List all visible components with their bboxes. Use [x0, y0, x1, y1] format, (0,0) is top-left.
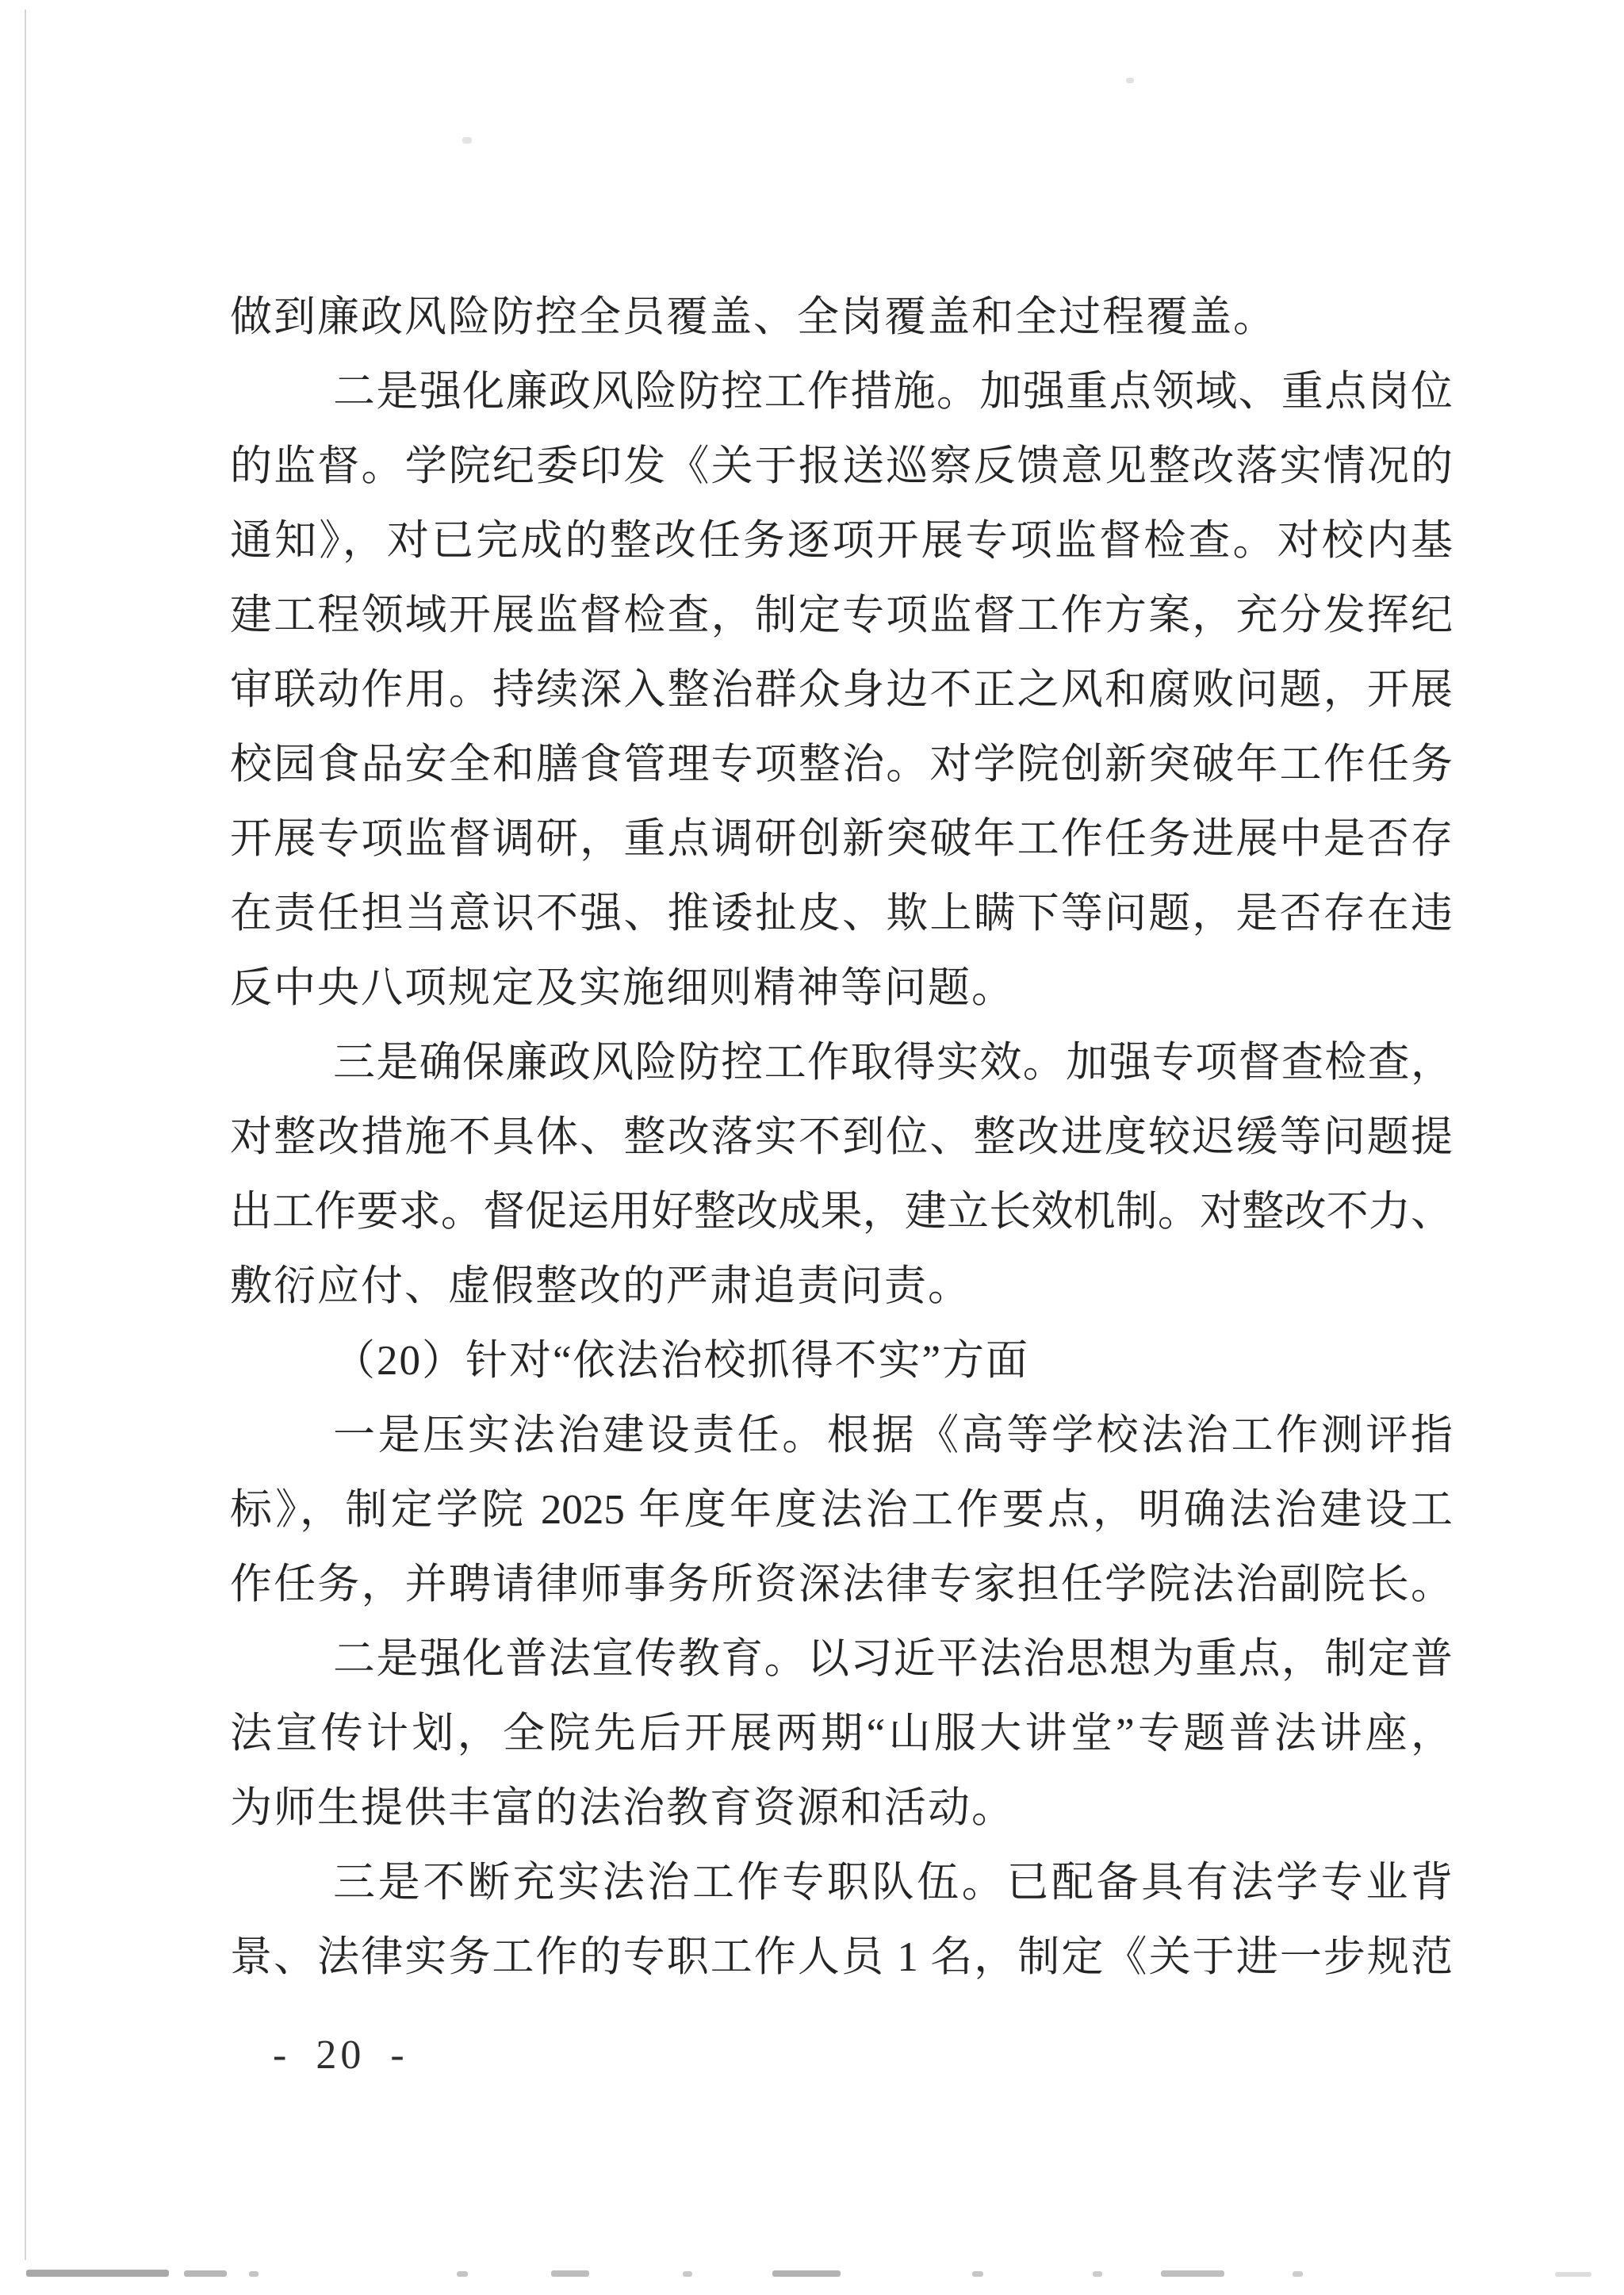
scan-speck — [1126, 78, 1134, 83]
scan-speck — [462, 137, 472, 144]
document-body: 做到廉政风险防控全员覆盖、全岗覆盖和全过程覆盖。二是强化廉政风险防控工作措施。加… — [230, 280, 1453, 1994]
text-line: 反中央八项规定及实施细则精神等问题。 — [230, 951, 1453, 1025]
text-line: 景、法律实务工作的专职工作人员 1 名，制定《关于进一步规范 — [230, 1920, 1453, 1994]
text-line: （20）针对“依法治校抓得不实”方面 — [230, 1324, 1453, 1398]
text-line: 审联动作用。持续深入整治群众身边不正之风和腐败问题，开展 — [230, 653, 1453, 727]
text-line: 三是不断充实法治工作专职队伍。已配备具有法学专业背 — [230, 1845, 1453, 1920]
scan-smudge — [457, 2271, 468, 2277]
text-line: 通知》，对已完成的整改任务逐项开展专项监督检查。对校内基 — [230, 504, 1453, 578]
scan-smudge — [772, 2270, 841, 2277]
text-line: 在责任担当意识不强、推诿扯皮、欺上瞒下等问题，是否存在违 — [230, 876, 1453, 951]
text-line: 三是确保廉政风险防控工作取得实效。加强专项督查检查， — [230, 1025, 1453, 1100]
text-line: 二是强化廉政风险防控工作措施。加强重点领域、重点岗位 — [230, 354, 1453, 429]
scan-smudge — [683, 2271, 692, 2277]
scan-smudge — [551, 2270, 589, 2277]
scan-smudge — [249, 2271, 259, 2277]
text-line: 敷衍应付、虚假整改的严肃追责问责。 — [230, 1249, 1453, 1324]
page-number: - 20 - — [273, 2032, 408, 2079]
text-line: 开展专项监督调研，重点调研创新突破年工作任务进展中是否存 — [230, 802, 1453, 876]
scan-smudge — [1093, 2271, 1102, 2277]
scan-smudge — [972, 2271, 983, 2277]
text-line: 校园食品安全和膳食管理专项整治。对学院创新突破年工作任务 — [230, 727, 1453, 802]
text-line: 做到廉政风险防控全员覆盖、全岗覆盖和全过程覆盖。 — [230, 280, 1453, 354]
text-line: 的监督。学院纪委印发《关于报送巡察反馈意见整改落实情况的 — [230, 429, 1453, 504]
scan-smudge — [1161, 2270, 1224, 2277]
text-line: 为师生提供丰富的法治教育资源和活动。 — [230, 1771, 1453, 1845]
scan-edge-line — [25, 10, 26, 2260]
text-line: 建工程领域开展监督检查，制定专项监督工作方案，充分发挥纪 — [230, 578, 1453, 653]
text-line: 出工作要求。督促运用好整改成果，建立长效机制。对整改不力、 — [230, 1174, 1453, 1249]
text-line: 作任务，并聘请律师事务所资深法律专家担任学院法治副院长。 — [230, 1547, 1453, 1622]
scan-smudge — [184, 2270, 227, 2277]
document-page: 做到廉政风险防控全员覆盖、全岗覆盖和全过程覆盖。二是强化廉政风险防控工作措施。加… — [0, 0, 1624, 2295]
scan-smudge — [26, 2270, 169, 2277]
text-line: 法宣传计划，全院先后开展两期“山服大讲堂”专题普法讲座， — [230, 1696, 1453, 1771]
scan-smudge — [1293, 2271, 1303, 2277]
scan-smudge — [1555, 2272, 1591, 2277]
text-line: 对整改措施不具体、整改落实不到位、整改进度较迟缓等问题提 — [230, 1100, 1453, 1174]
text-line: 标》，制定学院 2025 年度年度法治工作要点，明确法治建设工 — [230, 1473, 1453, 1547]
text-line: 二是强化普法宣传教育。以习近平法治思想为重点，制定普 — [230, 1622, 1453, 1696]
text-line: 一是压实法治建设责任。根据《高等学校法治工作测评指 — [230, 1398, 1453, 1473]
